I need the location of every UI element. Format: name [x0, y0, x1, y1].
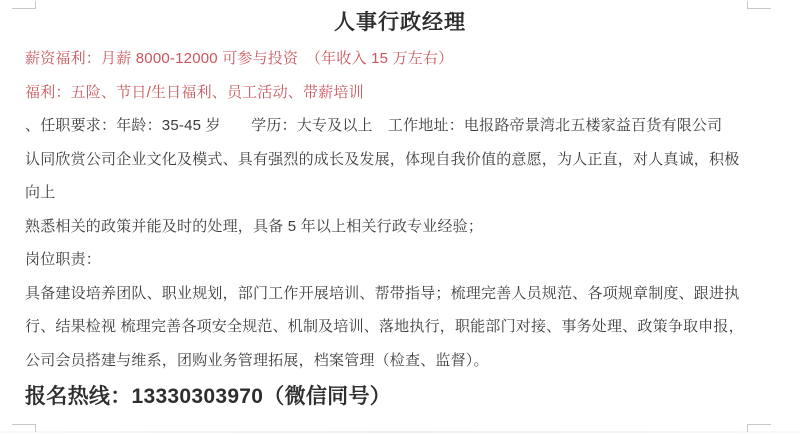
body-line: 向上: [25, 176, 775, 210]
benefits-line: 福利：五险、节日/生日福利、员工活动、带薪培训: [25, 76, 775, 110]
page-bottom-boundary: [0, 431, 800, 433]
body-line: 行、结果检视 梳理完善各项安全规范、机制及培训、落地执行，职能部门对接、事务处理…: [25, 310, 775, 344]
hotline: 报名热线：13330303970（微信同号）: [0, 377, 800, 410]
body-line-requirements: 、任职要求：年龄：35-45 岁 学历：大专及以上 工作地址：电报路帝景湾北五楼…: [25, 109, 775, 143]
job-description: 薪资福利：月薪 8000-12000 可参与投资 （年收入 15 万左右） 福利…: [0, 42, 800, 377]
body-line-duties-heading: 岗位职责：: [25, 243, 775, 277]
body-line: 认同欣赏公司企业文化及模式、具有强烈的成长及发展，体现自我价值的意愿，为人正直，…: [25, 143, 775, 177]
document-page: 人事行政经理 薪资福利：月薪 8000-12000 可参与投资 （年收入 15 …: [0, 0, 800, 434]
body-line: 公司会员搭建与维系，团购业务管理拓展，档案管理（检查、监督）。: [25, 344, 775, 378]
job-title: 人事行政经理: [0, 8, 800, 38]
salary-line: 薪资福利：月薪 8000-12000 可参与投资 （年收入 15 万左右）: [25, 42, 775, 76]
page-corner-mark-top-left: [12, 1, 36, 9]
body-line: 熟悉相关的政策并能及时的处理，具备 5 年以上相关行政专业经验；: [25, 210, 775, 244]
body-line: 具备建设培养团队、职业规划，部门工作开展培训、帮带指导；梳理完善人员规范、各项规…: [25, 277, 775, 311]
page-corner-mark-top-right: [747, 1, 771, 9]
